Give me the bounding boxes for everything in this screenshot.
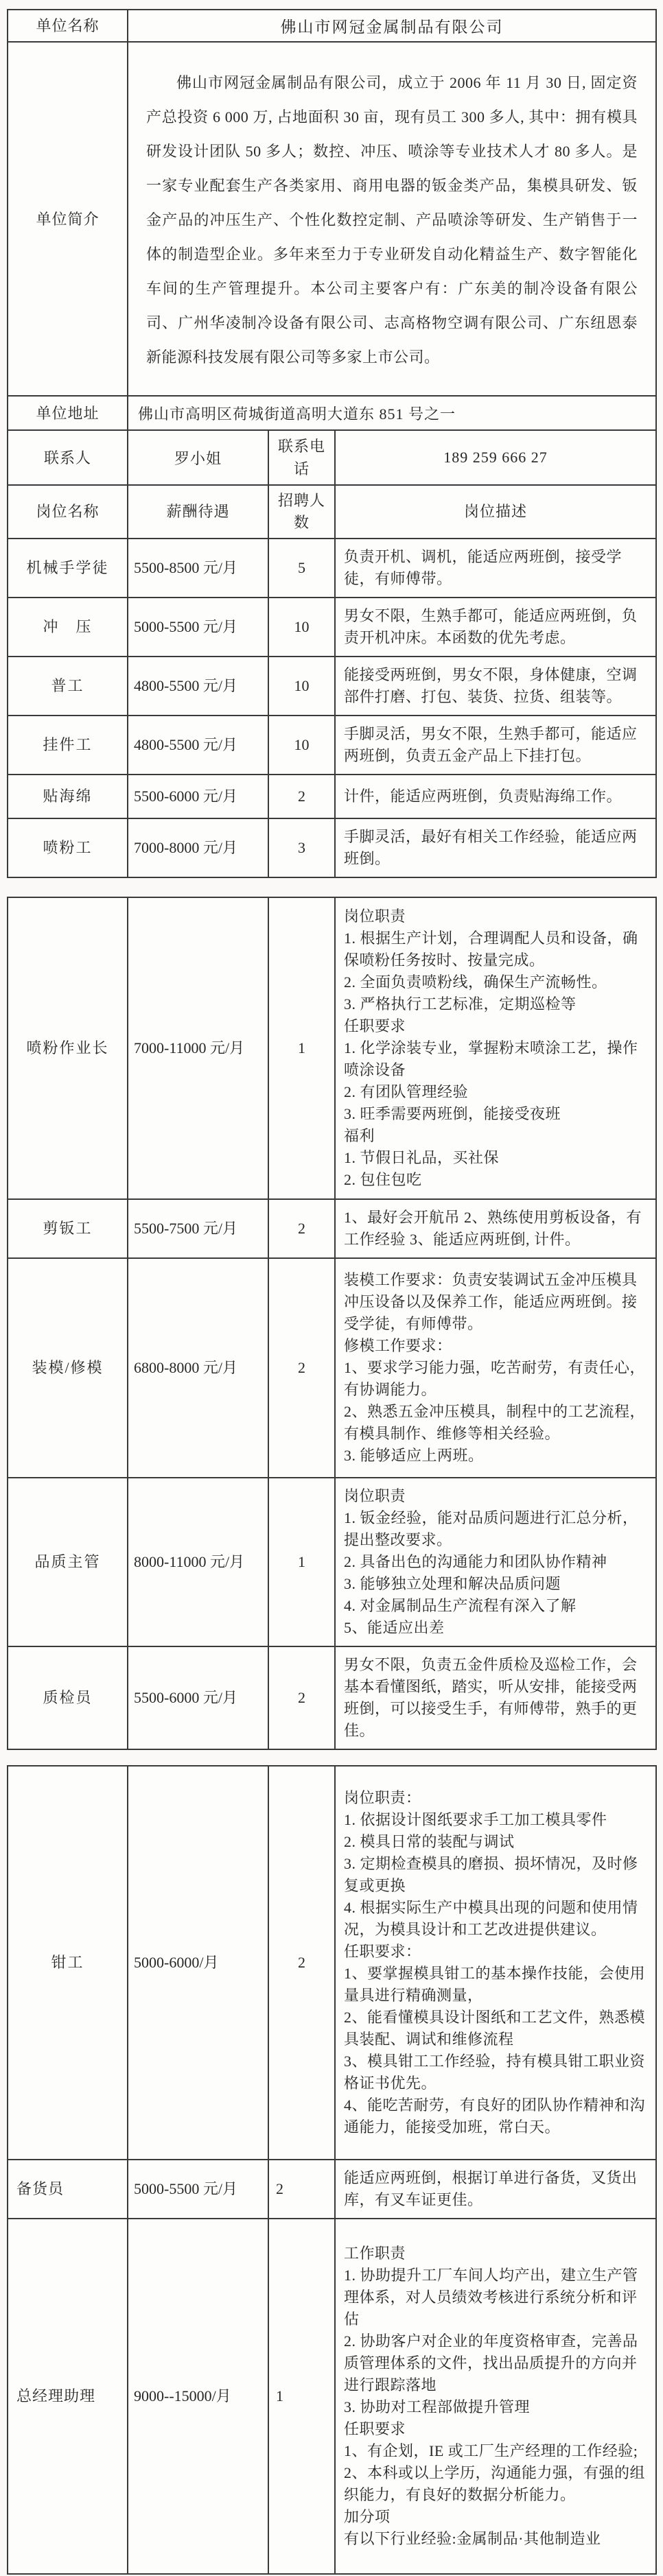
job-description: 计件，能适应两班倒，负责贴海绵工作。 [335, 775, 656, 818]
job-headcount: 2 [268, 1199, 335, 1258]
job-row: 机械手学徒 5500-8500 元/月 5 负责开机、调机，能适应两班倒，接受学… [8, 539, 656, 598]
job-description: 岗位职责： 1. 依据设计图纸要求手工加工模具零件 2. 模具日常的装配与调试 … [335, 1766, 656, 2160]
job-headcount: 3 [268, 818, 335, 877]
job-headcount: 1 [268, 1478, 335, 1646]
job-table-3: 钳工 5000-6000/月 2 岗位职责： 1. 依据设计图纸要求手工加工模具… [7, 1765, 657, 2575]
contact-person-label: 联系人 [8, 430, 128, 485]
job-description: 岗位职责 1. 根据生产计划，合理调配人员和设备，确保喷粉任务按时、按量完成。 … [335, 897, 656, 1199]
job-name: 剪钣工 [8, 1199, 128, 1258]
job-name: 装模/修模 [8, 1258, 128, 1478]
company-intro-label: 单位简介 [8, 42, 128, 396]
job-salary: 4800-5500 元/月 [128, 716, 268, 775]
job-salary: 5000-6000/月 [128, 1766, 268, 2160]
job-name: 喷粉作业长 [8, 897, 128, 1199]
job-name: 总经理助理 [8, 2219, 128, 2574]
job-description: 手脚灵活，最好有相关工作经验，能适应两班倒。 [335, 818, 656, 877]
job-headcount: 2 [268, 1766, 335, 2160]
contact-phone-value: 189 259 666 27 [335, 430, 656, 485]
job-salary: 8000-11000 元/月 [128, 1478, 268, 1646]
job-row: 喷粉作业长 7000-11000 元/月 1 岗位职责 1. 根据生产计划，合理… [8, 897, 656, 1199]
company-name-value: 佛山市网冠金属制品有限公司 [128, 10, 656, 42]
job-row: 贴海绵 5500-6000 元/月 2 计件，能适应两班倒，负责贴海绵工作。 [8, 775, 656, 818]
job-headcount: 1 [268, 897, 335, 1199]
job-headcount: 2 [268, 1646, 335, 1749]
job-row: 普工 4800-5500 元/月 10 能接受两班倒，男女不限，身体健康，空调部… [8, 657, 656, 716]
job-row: 装模/修模 6800-8000 元/月 2 装模工作要求：负责安装调试五金冲压模… [8, 1258, 656, 1478]
job-name: 普工 [8, 657, 128, 716]
job-description: 男女不限，生熟手都可，能适应两班倒，负责开机冲床。本函数的优先考虑。 [335, 598, 656, 657]
job-salary: 7000-8000 元/月 [128, 818, 268, 877]
job-description: 岗位职责 1. 钣金经验，能对品质问题进行汇总分析，提出整改要求。 2. 具备出… [335, 1478, 656, 1646]
contact-person-value: 罗小姐 [128, 430, 268, 485]
job-headcount: 5 [268, 539, 335, 598]
job-description: 男女不限，负责五金件质检及巡检工作，会基本看懂图纸，踏实，听从安排，能接受两班倒… [335, 1646, 656, 1749]
recruitment-document: 单位名称 佛山市网冠金属制品有限公司 单位简介 佛山市网冠金属制品有限公司，成立… [0, 0, 663, 2576]
job-table-header-row: 岗位名称 薪酬待遇 招聘人数 岗位描述 [8, 485, 656, 539]
job-row: 备货员 5000-5500 元/月 2 能适应两班倒，根据订单进行备货，叉货出库… [8, 2160, 656, 2219]
job-description: 能适应两班倒，根据订单进行备货，叉货出库，有叉车证更佳。 [335, 2160, 656, 2219]
job-row: 冲 压 5000-5500 元/月 10 男女不限，生熟手都可，能适应两班倒，负… [8, 598, 656, 657]
job-salary: 4800-5500 元/月 [128, 657, 268, 716]
job-name: 贴海绵 [8, 775, 128, 818]
job-row: 喷粉工 7000-8000 元/月 3 手脚灵活，最好有相关工作经验，能适应两班… [8, 818, 656, 877]
job-name: 质检员 [8, 1646, 128, 1749]
job-description: 1、最好会开航吊 2、熟练使用剪板设备，有工作经验 3、能适应两班倒, 计件。 [335, 1199, 656, 1258]
job-name: 钳工 [8, 1766, 128, 2160]
job-table-2: 喷粉作业长 7000-11000 元/月 1 岗位职责 1. 根据生产计划，合理… [7, 897, 657, 1750]
job-row: 质检员 5500-6000 元/月 2 男女不限，负责五金件质检及巡检工作，会基… [8, 1646, 656, 1749]
company-address-value: 佛山市高明区荷城街道高明大道东 851 号之一 [128, 396, 656, 430]
company-name-label: 单位名称 [8, 10, 128, 42]
job-salary: 5500-8500 元/月 [128, 539, 268, 598]
job-name: 冲 压 [8, 598, 128, 657]
job-headcount: 2 [268, 2160, 335, 2219]
job-row: 剪钣工 5500-7500 元/月 2 1、最好会开航吊 2、熟练使用剪板设备，… [8, 1199, 656, 1258]
job-name: 品质主管 [8, 1478, 128, 1646]
job-row: 钳工 5000-6000/月 2 岗位职责： 1. 依据设计图纸要求手工加工模具… [8, 1766, 656, 2160]
job-salary: 7000-11000 元/月 [128, 897, 268, 1199]
company-intro-paragraph: 佛山市网冠金属制品有限公司，成立于 2006 年 11 月 30 日, 固定资产… [146, 66, 638, 375]
job-headcount: 10 [268, 716, 335, 775]
company-name-row: 单位名称 佛山市网冠金属制品有限公司 [8, 10, 656, 42]
header-headcount: 招聘人数 [268, 485, 335, 539]
job-row: 品质主管 8000-11000 元/月 1 岗位职责 1. 钣金经验，能对品质问… [8, 1478, 656, 1646]
job-name: 机械手学徒 [8, 539, 128, 598]
company-address-label: 单位地址 [8, 396, 128, 430]
job-description: 负责开机、调机，能适应两班倒，接受学徒，有师傅带。 [335, 539, 656, 598]
job-headcount: 2 [268, 775, 335, 818]
job-description: 手脚灵活，男女不限，生熟手都可，能适应两班倒，负责五金产品上下挂打包。 [335, 716, 656, 775]
job-row: 挂件工 4800-5500 元/月 10 手脚灵活，男女不限，生熟手都可，能适应… [8, 716, 656, 775]
header-position: 岗位名称 [8, 485, 128, 539]
company-address-row: 单位地址 佛山市高明区荷城街道高明大道东 851 号之一 [8, 396, 656, 430]
job-row: 总经理助理 9000--15000/月 1 工作职责 1. 协助提升工厂车间人均… [8, 2219, 656, 2574]
job-salary: 5000-5500 元/月 [128, 2160, 268, 2219]
job-headcount: 2 [268, 1258, 335, 1478]
job-salary: 5500-7500 元/月 [128, 1199, 268, 1258]
job-salary: 5500-6000 元/月 [128, 775, 268, 818]
job-salary: 9000--15000/月 [128, 2219, 268, 2574]
job-description: 装模工作要求：负责安装调试五金冲压模具冲压设备以及保养工作，能适应两班倒。接受学… [335, 1258, 656, 1478]
job-salary: 5000-5500 元/月 [128, 598, 268, 657]
job-name: 挂件工 [8, 716, 128, 775]
job-salary: 5500-6000 元/月 [128, 1646, 268, 1749]
contact-row: 联系人 罗小姐 联系电话 189 259 666 27 [8, 430, 656, 485]
contact-phone-label: 联系电话 [268, 430, 335, 485]
company-intro-text: 佛山市网冠金属制品有限公司，成立于 2006 年 11 月 30 日, 固定资产… [128, 42, 656, 396]
job-name: 喷粉工 [8, 818, 128, 877]
company-info-table: 单位名称 佛山市网冠金属制品有限公司 单位简介 佛山市网冠金属制品有限公司，成立… [7, 9, 657, 878]
job-headcount: 1 [268, 2219, 335, 2574]
job-description: 工作职责 1. 协助提升工厂车间人均产出，建立生产管理体系，对人员绩效考核进行系… [335, 2219, 656, 2574]
job-headcount: 10 [268, 598, 335, 657]
company-intro-row: 单位简介 佛山市网冠金属制品有限公司，成立于 2006 年 11 月 30 日,… [8, 42, 656, 396]
header-salary: 薪酬待遇 [128, 485, 268, 539]
job-description: 能接受两班倒，男女不限，身体健康，空调部件打磨、打包、装货、拉货、组装等。 [335, 657, 656, 716]
header-description: 岗位描述 [335, 485, 656, 539]
job-headcount: 10 [268, 657, 335, 716]
job-name: 备货员 [8, 2160, 128, 2219]
job-salary: 6800-8000 元/月 [128, 1258, 268, 1478]
